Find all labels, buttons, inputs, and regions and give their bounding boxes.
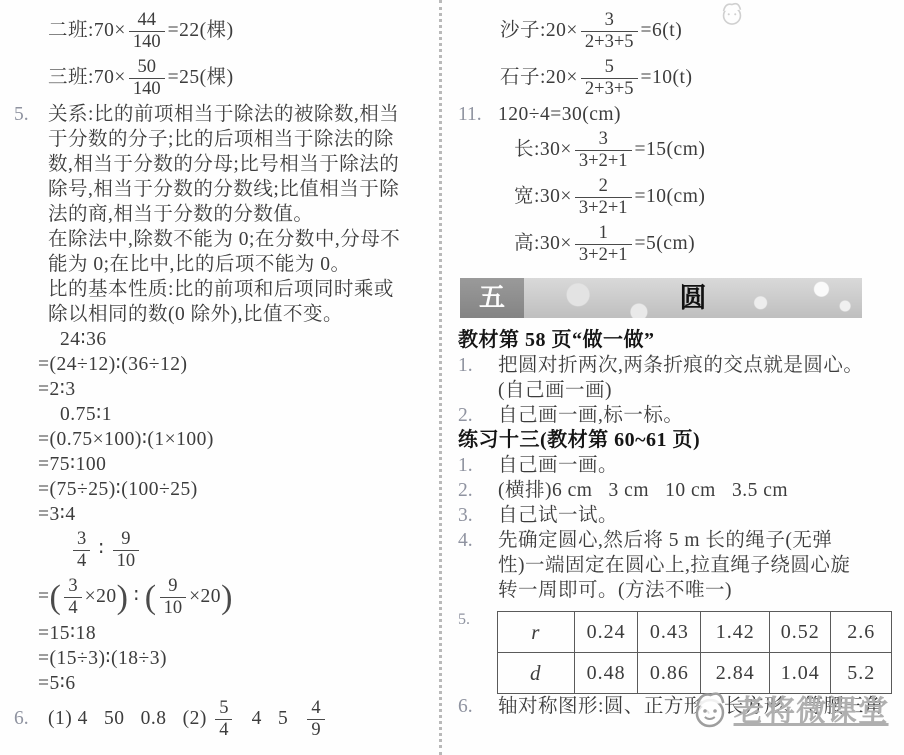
text-run: ×20	[85, 586, 117, 607]
text-run: =75∶100	[38, 454, 106, 475]
text-line: 教材第 58 页“做一做”	[458, 328, 892, 353]
fraction: 33+2+1	[575, 129, 632, 172]
denominator: 3+2+1	[575, 245, 632, 266]
table-row: r0.240.431.420.522.6	[497, 612, 892, 653]
text-run: =(0.75×100)∶(1×100)	[38, 429, 214, 450]
text-line: 练习十三(教材第 60~61 页)	[458, 428, 892, 453]
text-run: 24∶36	[60, 329, 107, 350]
scanned-answer-page: 二班:70×44140=22(棵)三班:70×50140=25(棵)5.关系:比…	[0, 0, 904, 755]
text-line: (自己画一画)	[458, 378, 892, 403]
numerator: 3	[73, 529, 90, 551]
text-run: 转一周即可。(方法不唯一)	[498, 580, 732, 601]
denominator: 10	[113, 551, 140, 572]
text-run: 先确定圆心,然后将 5 m 长的绳子(无弹	[498, 530, 832, 551]
text-line: 法的商,相当于分数的分数值。	[14, 202, 436, 227]
denominator: 2+3+5	[581, 79, 638, 100]
answer-table-block: 5. r0.240.431.420.522.6d0.480.862.841.04…	[458, 611, 892, 694]
text-line: 于分数的分子;比的后项相当于除法的除	[14, 127, 436, 152]
text-run: 高:30×	[514, 233, 572, 254]
table-cell: 1.42	[701, 612, 770, 653]
item-number: 6.	[458, 694, 498, 719]
text-line: 34 ∶ 910	[14, 527, 436, 574]
column-divider-dotted-line	[439, 0, 442, 755]
numerator: 44	[129, 10, 165, 32]
fraction: 34	[64, 576, 81, 619]
numerator: 1	[575, 223, 632, 245]
text-line: =(24÷12)∶(36÷12)	[14, 352, 436, 377]
text-run: 在除法中,除数不能为 0;在分数中,分母不	[48, 229, 400, 250]
denominator: 3+2+1	[575, 151, 632, 172]
fraction: 13+2+1	[575, 223, 632, 266]
text-run: =5(cm)	[635, 233, 696, 254]
text-run: 能为 0;在比中,比的后项不能为 0。	[48, 254, 351, 275]
item-number: 3.	[458, 503, 498, 528]
text-line: 转一周即可。(方法不唯一)	[458, 578, 892, 603]
answer-table: r0.240.431.420.522.6d0.480.862.841.045.2	[497, 611, 893, 694]
text-run: 自己画一画。	[498, 455, 618, 476]
text-run: =(24÷12)∶(36÷12)	[38, 354, 187, 375]
numbered-line: 5.关系:比的前项相当于除法的被除数,相当	[14, 102, 436, 127]
denominator: 4	[215, 720, 232, 741]
item-number: 1.	[458, 353, 498, 378]
text-run: 比的基本性质:比的前项和后项同时乘或	[48, 279, 394, 300]
item-number: 6.	[14, 706, 48, 731]
text-run: =22(棵)	[168, 20, 234, 41]
text-run: 长:30×	[514, 139, 572, 160]
denominator: 140	[129, 79, 165, 100]
item-number: 4.	[458, 528, 498, 553]
numbered-line: 2.(横排)6 cm 3 cm 10 cm 3.5 cm	[458, 478, 892, 503]
text-line: =75∶100	[14, 452, 436, 477]
text-line: 数,相当于分数的分母;比号相当于除法的	[14, 152, 436, 177]
text-run: 沙子:20×	[500, 20, 578, 41]
text-line: 性)一端固定在圆心上,拉直绳子绕圆心旋	[458, 553, 892, 578]
text-line: 除以相同的数(0 除外),比值不变。	[14, 302, 436, 327]
text-run: 除号,相当于分数的分数线;比值相当于除	[48, 179, 399, 200]
text-run: 宽:30×	[514, 186, 572, 207]
section-title: 圆	[680, 278, 707, 318]
text-run: =25(棵)	[168, 67, 234, 88]
text-run: 二班:70×	[48, 20, 126, 41]
text-line: 0.75∶1	[14, 402, 436, 427]
watermark-logo-icon	[687, 686, 735, 737]
text-run: =6(t)	[641, 20, 683, 41]
table-cell: 0.43	[638, 612, 701, 653]
numbered-line: 2.自己画一画,标一标。	[458, 403, 892, 428]
fraction: 34	[73, 529, 90, 572]
text-line: 24∶36	[14, 327, 436, 352]
text-line: =5∶6	[14, 671, 436, 696]
table-cell: 0.52	[770, 612, 831, 653]
table-cell: 2.6	[831, 612, 892, 653]
denominator: 4	[64, 598, 81, 619]
text-line: 石子:20×52+3+5=10(t)	[458, 55, 892, 102]
text-line: 长:30×33+2+1=15(cm)	[458, 127, 892, 174]
fraction: 52+3+5	[581, 57, 638, 100]
fraction: 32+3+5	[581, 10, 638, 53]
denominator: 140	[129, 32, 165, 53]
text-run: =3∶4	[38, 504, 76, 525]
numerator: 5	[215, 698, 232, 720]
denominator: 9	[307, 720, 324, 741]
table-cell: 0.48	[575, 653, 638, 694]
numerator: 9	[113, 529, 140, 551]
text-run: 练习十三(教材第 60~61 页)	[458, 429, 700, 451]
section-number-box: 五	[460, 278, 524, 318]
text-run: (1) 4 50 0.8 (2)	[48, 708, 212, 729]
text-run: =5∶6	[38, 673, 76, 694]
text-line: 比的基本性质:比的前项和后项同时乘或	[14, 277, 436, 302]
item-number: 2.	[458, 478, 498, 503]
text-run: 关系:比的前项相当于除法的被除数,相当	[48, 104, 399, 125]
banner-decoration-band: 圆	[524, 278, 862, 318]
fraction: 49	[307, 698, 324, 741]
text-line: 除号,相当于分数的分数线;比值相当于除	[14, 177, 436, 202]
denominator: 2+3+5	[581, 32, 638, 53]
section-banner: 五 圆	[460, 278, 862, 318]
numbered-line: 3.自己试一试。	[458, 503, 892, 528]
big-paren: )	[221, 579, 233, 616]
text-run: 除以相同的数(0 除外),比值不变。	[48, 304, 343, 325]
right-column-top-lines: 沙子:20×32+3+5=6(t)石子:20×52+3+5=10(t)11.12…	[458, 8, 892, 268]
item-number: 5.	[14, 102, 48, 127]
text-run: (自己画一画)	[498, 380, 612, 401]
text-run: 把圆对折两次,两条折痕的交点就是圆心。	[498, 355, 863, 376]
text-run: 0.75∶1	[60, 404, 112, 425]
numerator: 3	[581, 10, 638, 32]
watermark: 老将微课堂	[687, 686, 890, 737]
text-line: 高:30×13+2+1=5(cm)	[458, 221, 892, 268]
denominator: 3+2+1	[575, 198, 632, 219]
fraction: 54	[215, 698, 232, 741]
text-run: (横排)6 cm 3 cm 10 cm 3.5 cm	[498, 480, 788, 501]
big-paren: (	[50, 579, 62, 616]
text-run: =15∶18	[38, 623, 96, 644]
watermark-text: 老将微课堂	[733, 689, 890, 735]
text-line: 二班:70×44140=22(棵)	[14, 8, 436, 55]
text-run: 石子:20×	[500, 67, 578, 88]
text-line: 沙子:20×32+3+5=6(t)	[458, 8, 892, 55]
item-number: 5.	[458, 611, 497, 694]
text-run: =10(t)	[641, 67, 693, 88]
text-run: =10(cm)	[635, 186, 706, 207]
fraction: 910	[160, 576, 187, 619]
watermark-logo-icon	[716, 0, 748, 31]
text-line: =(34×20) ∶ (910×20)	[14, 574, 436, 621]
numerator: 9	[160, 576, 187, 598]
text-line: 在除法中,除数不能为 0;在分数中,分母不	[14, 227, 436, 252]
text-run: 教材第 58 页“做一做”	[458, 329, 655, 351]
text-run: 120÷4=30(cm)	[498, 104, 621, 125]
text-line: =(15÷3)∶(18÷3)	[14, 646, 436, 671]
text-run: =(15÷3)∶(18÷3)	[38, 648, 167, 669]
numbered-line: 1.自己画一画。	[458, 453, 892, 478]
text-run: =2∶3	[38, 379, 76, 400]
item-number: 1.	[458, 453, 498, 478]
r-d-table: r0.240.431.420.522.6d0.480.862.841.045.2	[497, 611, 893, 694]
numbered-line: 4.先确定圆心,然后将 5 m 长的绳子(无弹	[458, 528, 892, 553]
numerator: 3	[64, 576, 81, 598]
text-run: 自己画一画,标一标。	[498, 405, 683, 426]
right-column: 沙子:20×32+3+5=6(t)石子:20×52+3+5=10(t)11.12…	[458, 8, 892, 719]
text-run: =	[38, 586, 50, 607]
text-line: =(75÷25)∶(100÷25)	[14, 477, 436, 502]
denominator: 10	[160, 598, 187, 619]
denominator: 4	[73, 551, 90, 572]
text-run: ×20	[189, 586, 221, 607]
text-line: 宽:30×23+2+1=10(cm)	[458, 174, 892, 221]
text-run: 性)一端固定在圆心上,拉直绳子绕圆心旋	[498, 555, 850, 576]
item-number: 11.	[458, 102, 498, 127]
numerator: 2	[575, 176, 632, 198]
text-run: 法的商,相当于分数的分数值。	[48, 204, 313, 225]
numerator: 3	[575, 129, 632, 151]
text-run: ∶	[93, 539, 109, 560]
text-line: =3∶4	[14, 502, 436, 527]
text-line: =(0.75×100)∶(1×100)	[14, 427, 436, 452]
numbered-line: 6.(1) 4 50 0.8 (2) 54 4 5 49	[14, 696, 436, 743]
item-number: 2.	[458, 403, 498, 428]
text-run: 三班:70×	[48, 67, 126, 88]
text-run: =15(cm)	[635, 139, 706, 160]
numerator: 5	[581, 57, 638, 79]
right-column-middle-lines: 教材第 58 页“做一做”1.把圆对折两次,两条折痕的交点就是圆心。(自己画一画…	[458, 328, 892, 603]
table-cell: r	[497, 612, 575, 653]
table-cell: 0.24	[575, 612, 638, 653]
fraction: 44140	[129, 10, 165, 53]
fraction: 23+2+1	[575, 176, 632, 219]
text-line: 能为 0;在比中,比的后项不能为 0。	[14, 252, 436, 277]
fraction: 910	[113, 529, 140, 572]
numbered-line: 1.把圆对折两次,两条折痕的交点就是圆心。	[458, 353, 892, 378]
text-run: 4 5	[235, 708, 304, 729]
big-paren: )	[117, 579, 129, 616]
text-run: 自己试一试。	[498, 505, 618, 526]
fraction: 50140	[129, 57, 165, 100]
text-run: ∶	[128, 586, 144, 607]
text-line: 三班:70×50140=25(棵)	[14, 55, 436, 102]
table-cell: d	[497, 653, 575, 694]
text-run: 数,相当于分数的分母;比号相当于除法的	[48, 154, 399, 175]
text-line: =15∶18	[14, 621, 436, 646]
numerator: 4	[307, 698, 324, 720]
text-run: =(75÷25)∶(100÷25)	[38, 479, 198, 500]
numbered-line: 11.120÷4=30(cm)	[458, 102, 892, 127]
text-run: 于分数的分子;比的后项相当于除法的除	[48, 129, 394, 150]
numerator: 50	[129, 57, 165, 79]
text-line: =2∶3	[14, 377, 436, 402]
left-column: 二班:70×44140=22(棵)三班:70×50140=25(棵)5.关系:比…	[14, 8, 436, 743]
big-paren: (	[145, 579, 157, 616]
